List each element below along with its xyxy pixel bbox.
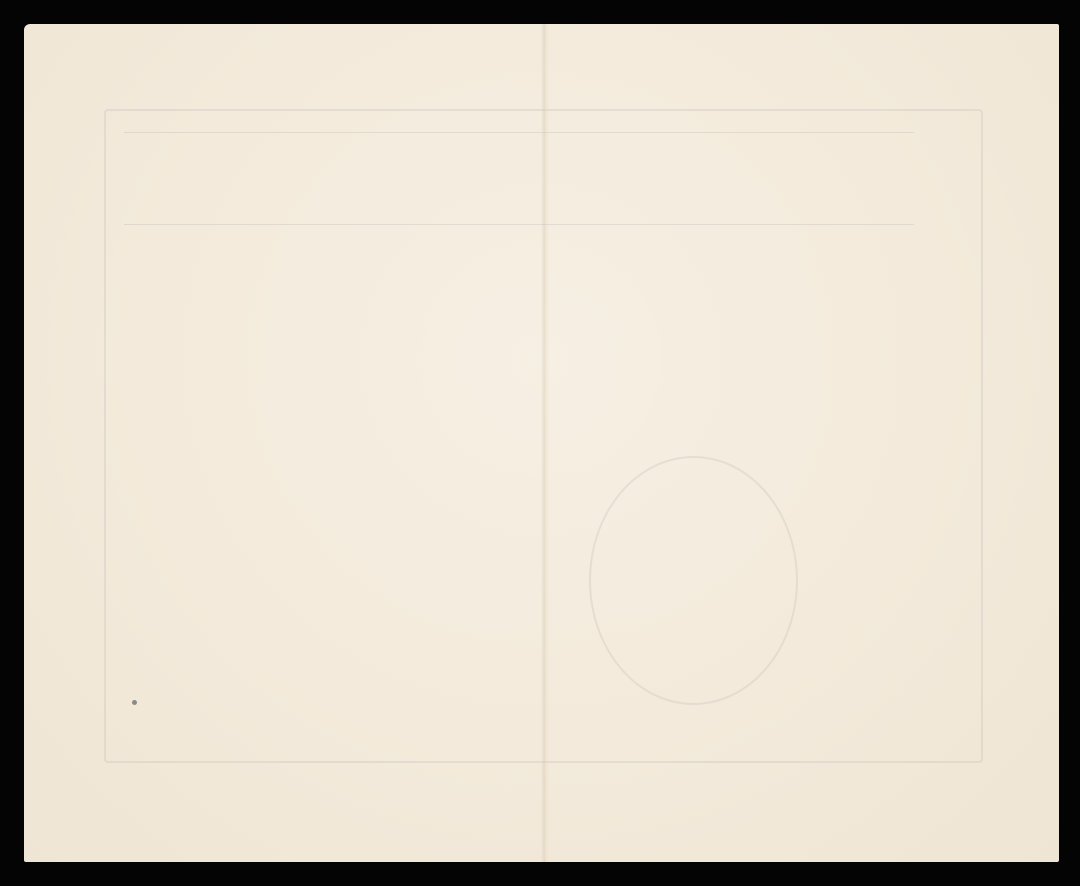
show-through-rule: [124, 132, 914, 133]
show-through-border-frame: [104, 109, 983, 763]
show-through-rule: [124, 224, 914, 225]
paper-spot: [132, 700, 137, 705]
paper-sheet: [24, 24, 1059, 862]
show-through-seal-circle: [589, 456, 798, 705]
